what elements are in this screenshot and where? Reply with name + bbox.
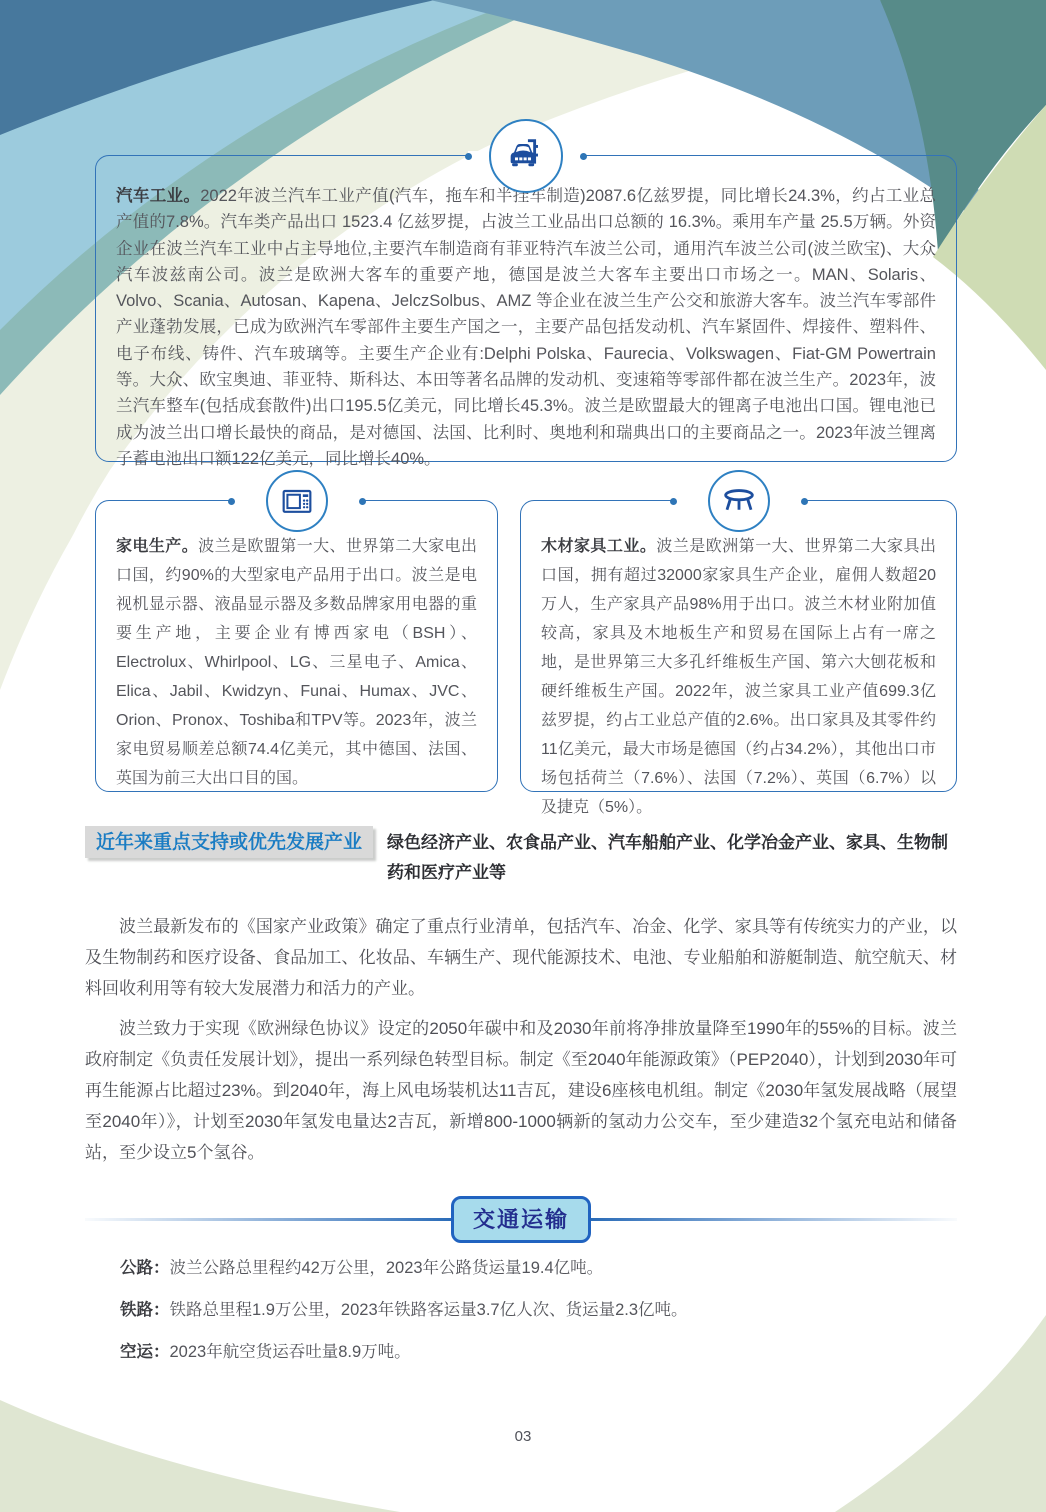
- page-number: 03: [0, 1428, 1046, 1445]
- card-automotive-text: 汽车工业。2022年波兰汽车工业产值(汽车，拖车和半挂车制造)2087.6亿兹罗…: [116, 183, 936, 472]
- paragraph-industrial-policy: 波兰最新发布的《国家产业政策》确定了重点行业清单，包括汽车、冶金、化学、家具等有…: [85, 912, 957, 1004]
- card-furniture-title: 木材家具工业。: [541, 538, 656, 555]
- card-furniture-body: 波兰是欧洲第一大、世界第二大家具出口国，拥有超过32000家家具生产企业，雇佣人…: [541, 538, 936, 816]
- divider-line-right: [591, 1218, 957, 1221]
- transport-item-road: 公路：波兰公路总里程约42万公里，2023年公路货运量19.4亿吨。: [120, 1255, 960, 1281]
- transport-item-rail-text: 铁路总里程1.9万公里，2023年铁路客运量3.7亿人次、货运量2.3亿吨。: [170, 1301, 688, 1319]
- transport-item-rail: 铁路：铁路总里程1.9万公里，2023年铁路客运量3.7亿人次、货运量2.3亿吨…: [120, 1297, 960, 1323]
- connector-dot-left: [670, 498, 677, 505]
- card-automotive-title: 汽车工业。: [116, 187, 200, 205]
- microwave-icon: [266, 470, 328, 532]
- card-automotive-industry: 汽车工业。2022年波兰汽车工业产值(汽车，拖车和半挂车制造)2087.6亿兹罗…: [95, 155, 957, 462]
- connector-dot-left: [465, 153, 472, 160]
- table-icon: [708, 470, 770, 532]
- connector-dot-right: [580, 153, 587, 160]
- transport-items: 公路：波兰公路总里程约42万公里，2023年公路货运量19.4亿吨。 铁路：铁路…: [120, 1255, 960, 1381]
- connector-dot-left: [228, 498, 235, 505]
- transport-section-header: 交通运输: [85, 1196, 957, 1242]
- transport-section-title: 交通运输: [451, 1196, 591, 1243]
- card-home-appliance: 家电生产。波兰是欧盟第一大、世界第二大家电出口国，约90%的大型家电产品用于出口…: [95, 500, 498, 792]
- car-icon: [489, 119, 563, 193]
- divider-line-left: [85, 1218, 451, 1221]
- connector-dot-right: [359, 498, 366, 505]
- paragraph-green-transition: 波兰致力于实现《欧洲绿色协议》设定的2050年碳中和及2030年前将净排放量降至…: [85, 1014, 957, 1168]
- transport-item-rail-label: 铁路：: [120, 1301, 170, 1319]
- card-automotive-body: 2022年波兰汽车工业产值(汽车，拖车和半挂车制造)2087.6亿兹罗提，同比增…: [116, 187, 936, 468]
- body-paragraphs: 波兰最新发布的《国家产业政策》确定了重点行业清单，包括汽车、冶金、化学、家具等有…: [85, 912, 957, 1178]
- transport-item-air: 空运：2023年航空货运吞吐量8.9万吨。: [120, 1339, 960, 1365]
- priority-industries-row: 近年来重点支持或优先发展产业 绿色经济产业、农食品产业、汽车船舶产业、化学冶金产…: [85, 826, 957, 888]
- priority-industries-label: 近年来重点支持或优先发展产业: [85, 826, 373, 858]
- priority-industries-value: 绿色经济产业、农食品产业、汽车船舶产业、化学冶金产业、家具、生物制药和医疗产业等: [387, 828, 957, 888]
- document-page: 汽车工业。2022年波兰汽车工业产值(汽车，拖车和半挂车制造)2087.6亿兹罗…: [0, 0, 1046, 1512]
- card-appliance-title: 家电生产。: [116, 538, 198, 555]
- transport-item-air-text: 2023年航空货运吞吐量8.9万吨。: [170, 1343, 411, 1361]
- card-appliance-text: 家电生产。波兰是欧盟第一大、世界第二大家电出口国，约90%的大型家电产品用于出口…: [116, 532, 477, 793]
- card-wood-furniture: 木材家具工业。波兰是欧洲第一大、世界第二大家具出口国，拥有超过32000家家具生…: [520, 500, 957, 792]
- card-appliance-body: 波兰是欧盟第一大、世界第二大家电出口国，约90%的大型家电产品用于出口。波兰是电…: [116, 538, 477, 787]
- connector-dot-right: [801, 498, 808, 505]
- transport-item-road-text: 波兰公路总里程约42万公里，2023年公路货运量19.4亿吨。: [170, 1259, 604, 1277]
- transport-item-air-label: 空运：: [120, 1343, 170, 1361]
- transport-item-road-label: 公路：: [120, 1259, 170, 1277]
- card-furniture-text: 木材家具工业。波兰是欧洲第一大、世界第二大家具出口国，拥有超过32000家家具生…: [541, 532, 936, 822]
